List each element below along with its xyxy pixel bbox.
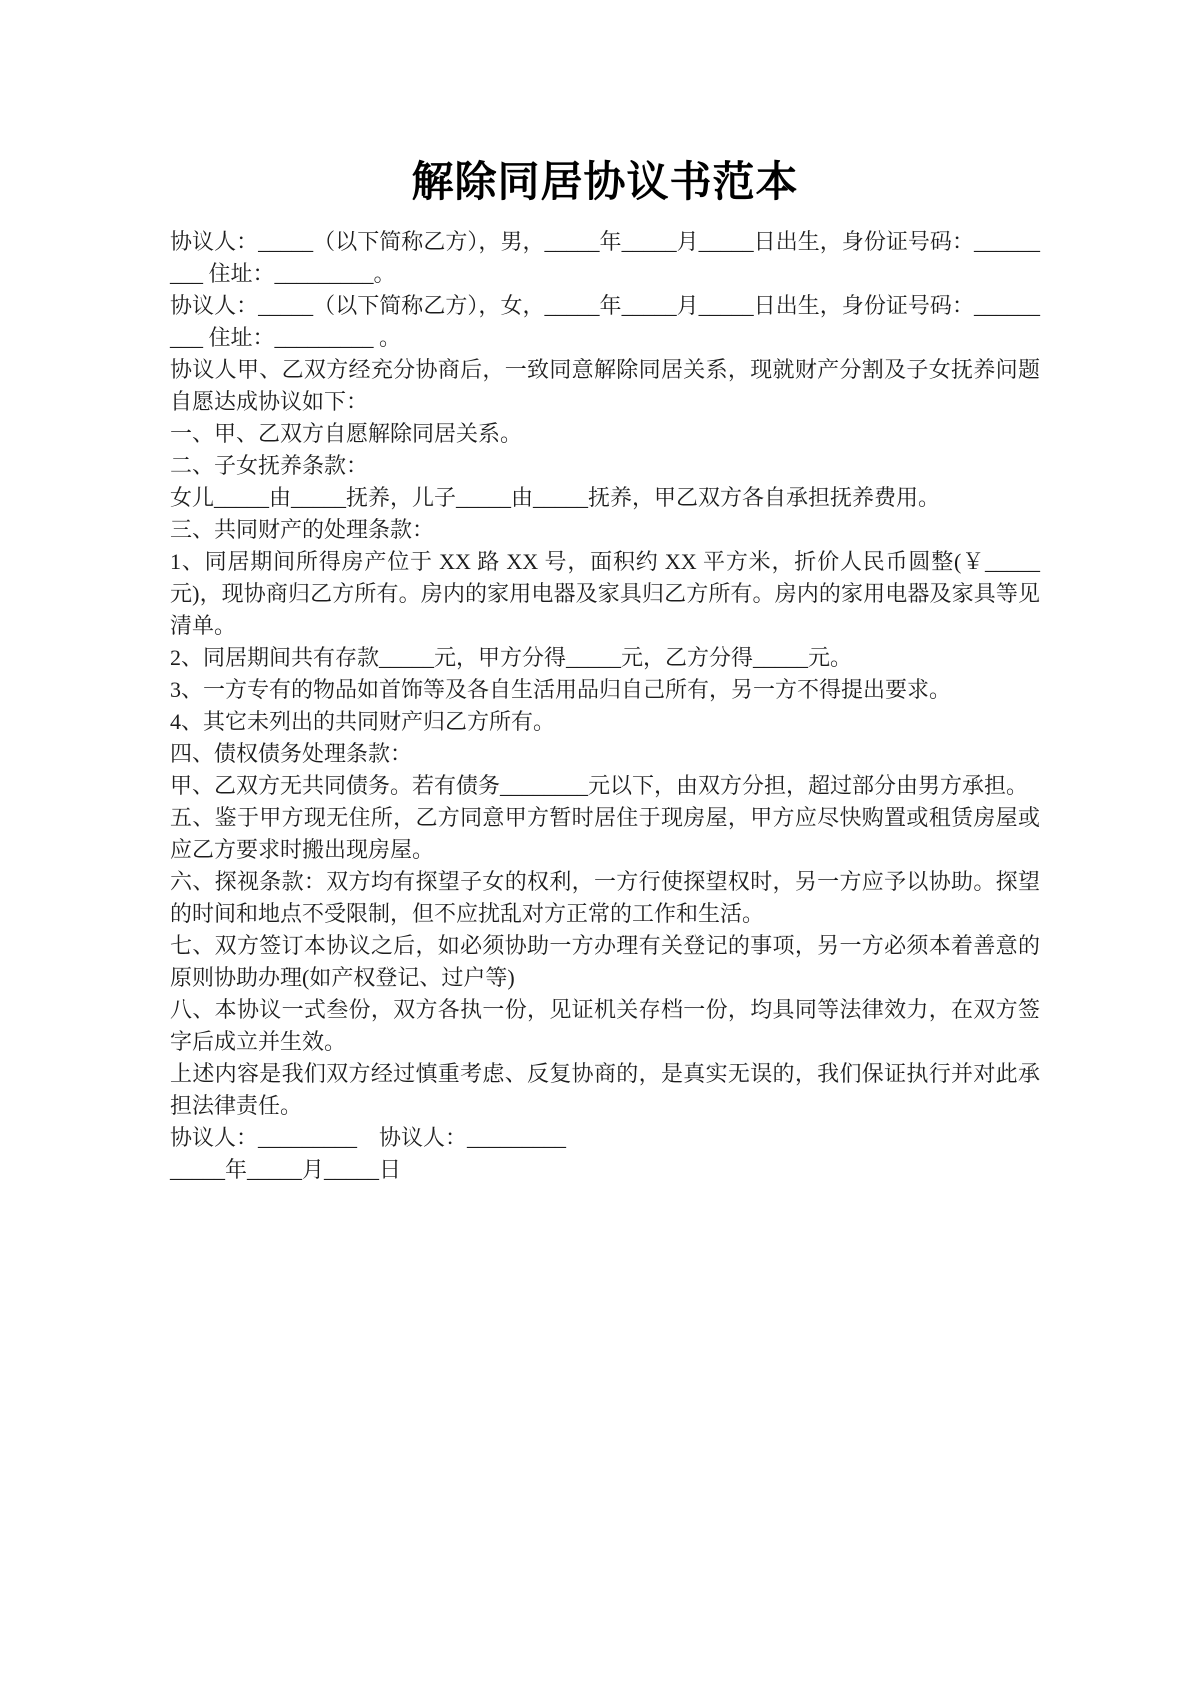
clause-5-residence: 五、鉴于甲方现无住所，乙方同意甲方暂时居住于现房屋，甲方应尽快购置或租赁房屋或应… xyxy=(170,802,1040,866)
clause-4-debts: 甲、乙双方无共同债务。若有债务________元以下，由双方分担，超过部分由男方… xyxy=(170,770,1040,802)
document-title: 解除同居协议书范本 xyxy=(170,158,1040,208)
clause-3-item-2: 2、同居期间共有存款_____元，甲方分得_____元，乙方分得_____元。 xyxy=(170,642,1040,674)
preamble: 协议人甲、乙双方经充分协商后，一致同意解除同居关系，现就财产分割及子女抚养问题自… xyxy=(170,354,1040,418)
commitment-statement: 上述内容是我们双方经过慎重考虑、反复协商的，是真实无误的，我们保证执行并对此承担… xyxy=(170,1058,1040,1122)
clause-3-heading: 三、共同财产的处理条款： xyxy=(170,514,1040,546)
clause-4-heading: 四、债权债务处理条款： xyxy=(170,738,1040,770)
clause-2-children: 女儿_____由_____抚养，儿子_____由_____抚养，甲乙双方各自承担… xyxy=(170,482,1040,514)
clause-2-heading: 二、子女抚养条款： xyxy=(170,450,1040,482)
party-male-info: 协议人：_____（以下简称乙方），男，_____年_____月_____日出生… xyxy=(170,226,1040,290)
clause-8-copies: 八、本协议一式叁份，双方各执一份，见证机关存档一份，均具同等法律效力，在双方签字… xyxy=(170,994,1040,1058)
clause-3-item-3: 3、一方专有的物品如首饰等及各自生活用品归自己所有，另一方不得提出要求。 xyxy=(170,674,1040,706)
signature-line: 协议人：_________ 协议人：_________ xyxy=(170,1122,1040,1154)
date-line: _____年_____月_____日 xyxy=(170,1154,1040,1186)
document-page: 解除同居协议书范本 协议人：_____（以下简称乙方），男，_____年____… xyxy=(0,0,1190,1683)
party-female-info: 协议人：_____（以下简称乙方），女，_____年_____月_____日出生… xyxy=(170,290,1040,354)
clause-3-item-1: 1、同居期间所得房产位于 XX 路 XX 号，面积约 XX 平方米，折价人民币圆… xyxy=(170,546,1040,642)
clause-6-visitation: 六、探视条款：双方均有探望子女的权利，一方行使探望权时，另一方应予以协助。探望的… xyxy=(170,866,1040,930)
clause-1: 一、甲、乙双方自愿解除同居关系。 xyxy=(170,418,1040,450)
clause-3-item-4: 4、其它未列出的共同财产归乙方所有。 xyxy=(170,706,1040,738)
clause-7-registration: 七、双方签订本协议之后，如必须协助一方办理有关登记的事项，另一方必须本着善意的原… xyxy=(170,930,1040,994)
